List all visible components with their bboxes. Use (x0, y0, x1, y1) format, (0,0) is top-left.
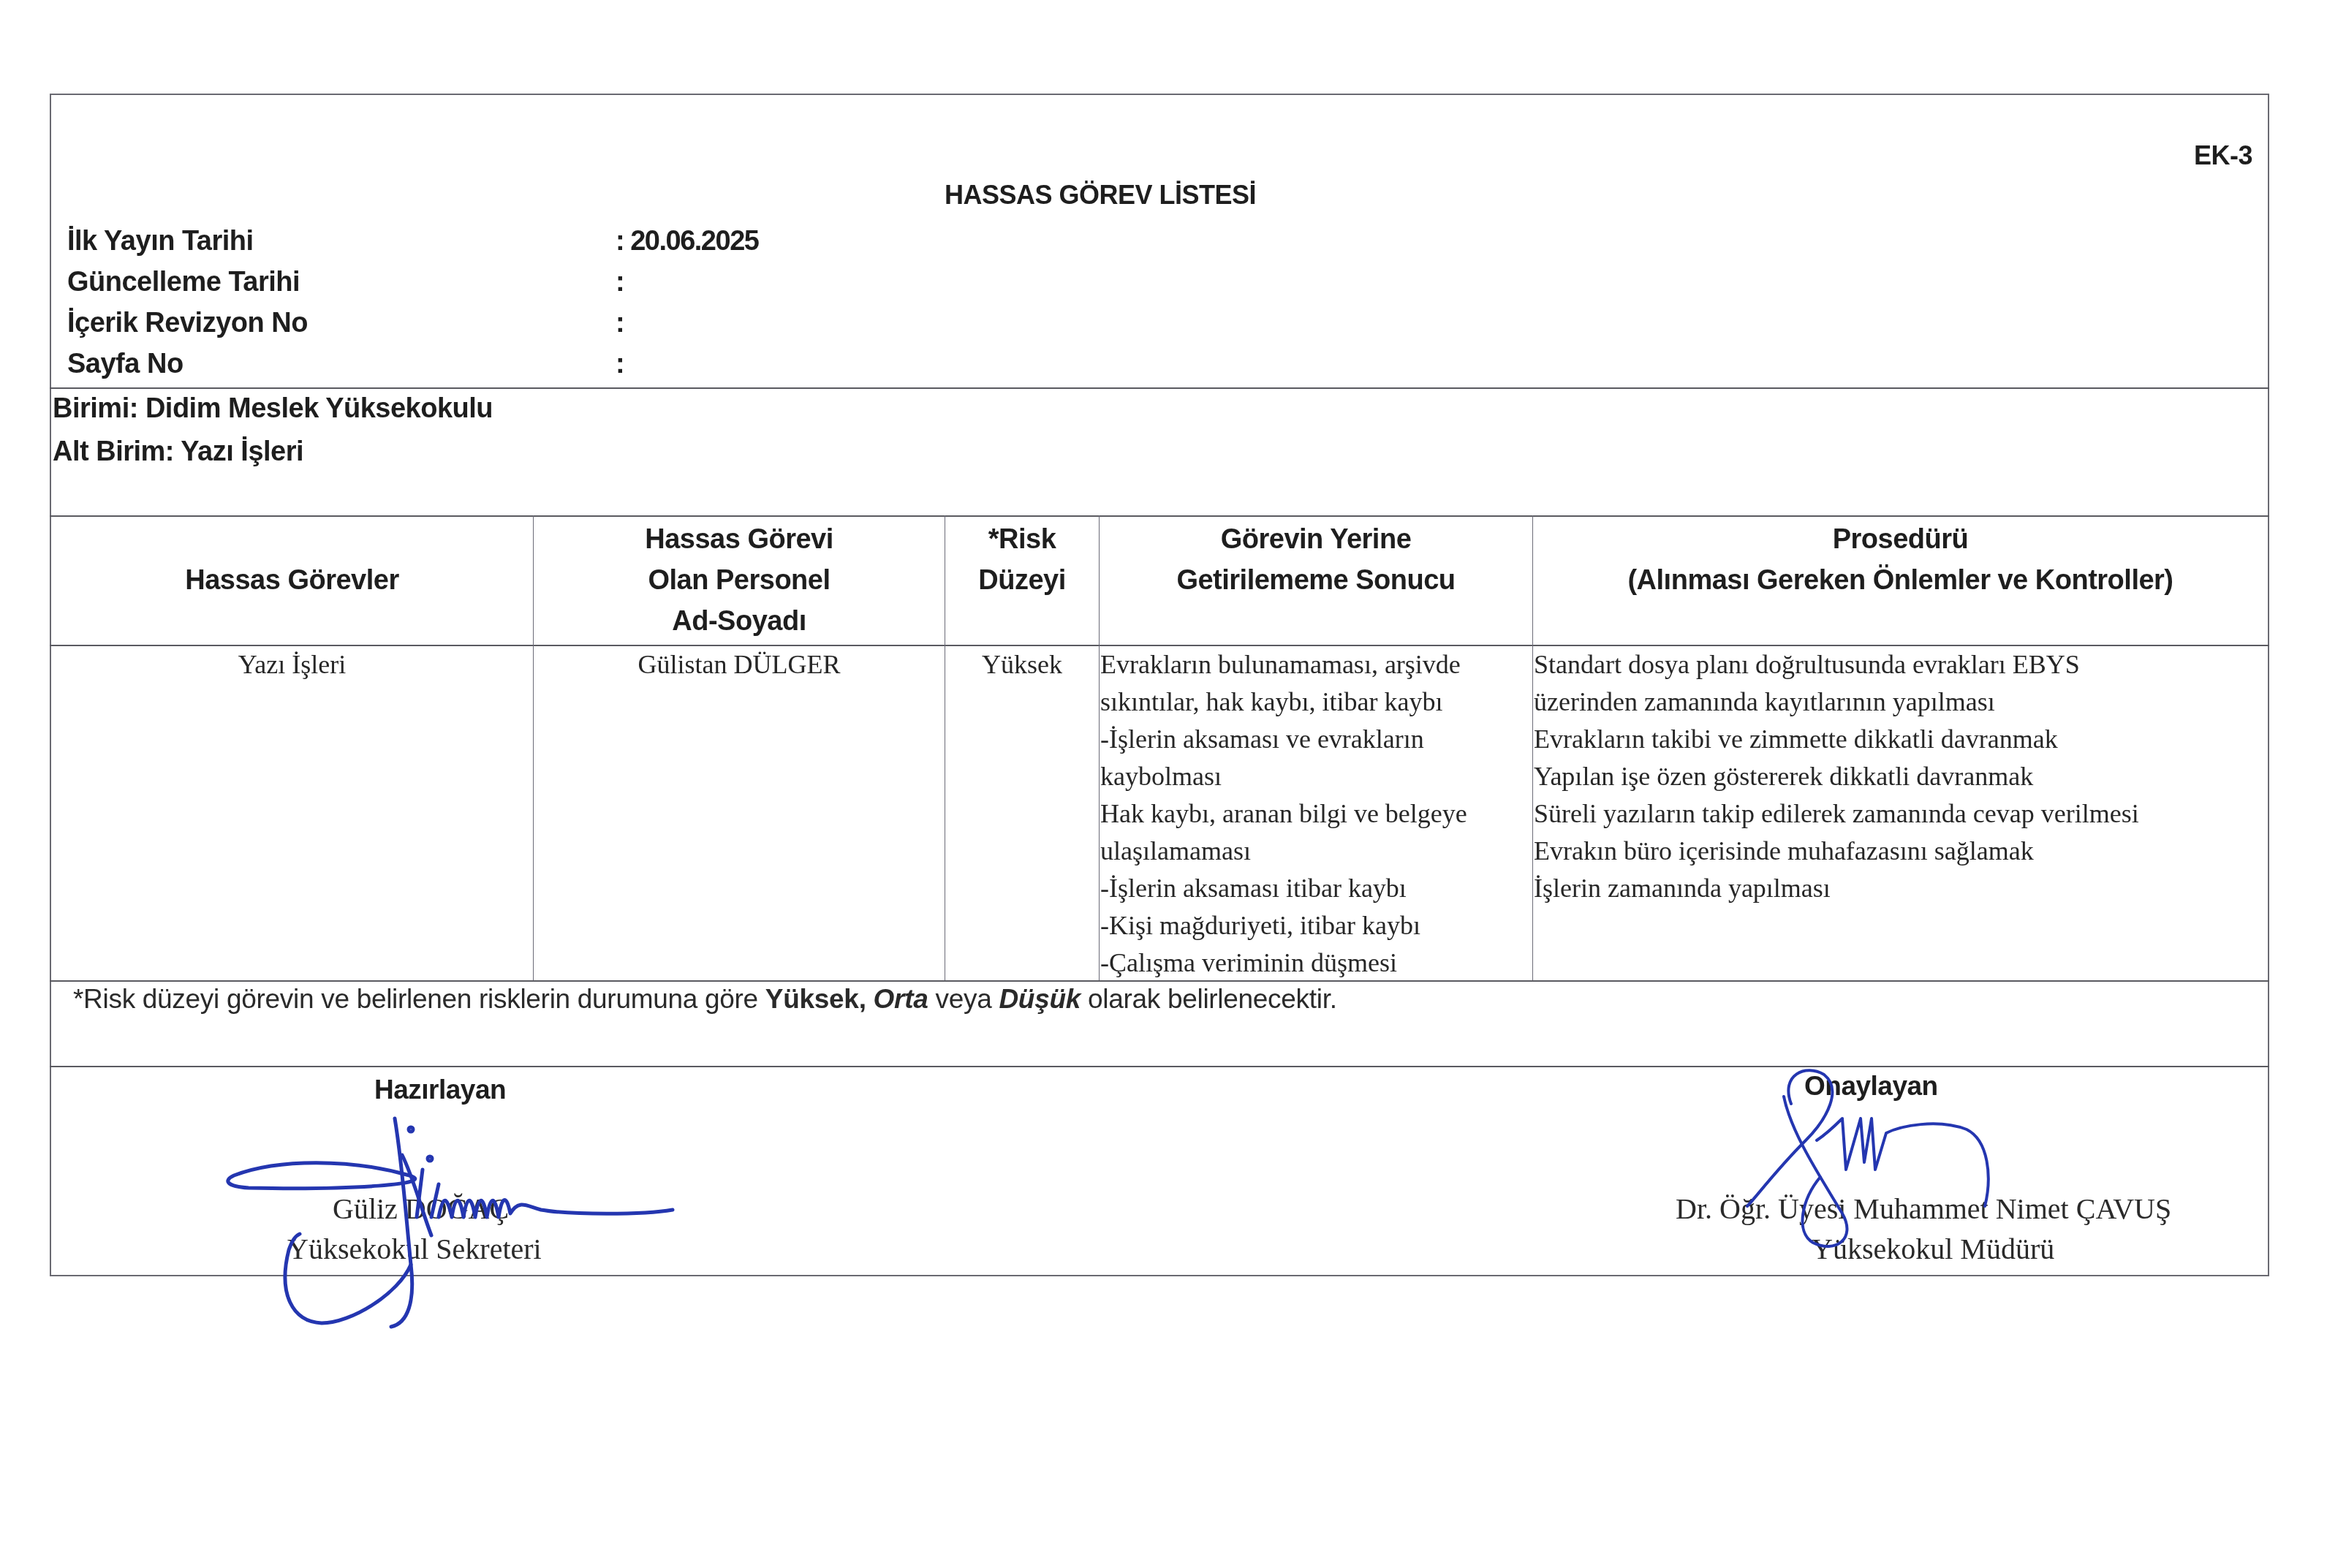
footnote-suffix: olarak belirlenecektir. (1081, 984, 1337, 1014)
column-header-consequence: Görevin YerineGetirilememe Sonucu (1100, 519, 1532, 601)
column-header-line: (Alınması Gereken Önlemler ve Kontroller… (1533, 560, 2268, 601)
cell-line: -Çalışma veriminin düşmesi (1100, 944, 1532, 982)
cell-line: ulaşılamaması (1100, 833, 1532, 870)
cell-line: sıkıntılar, hak kaybı, itibar kaybı (1100, 683, 1532, 721)
sub-unit-name: Alt Birim: Yazı İşleri (53, 436, 303, 468)
table-cell-procedure: Standart dosya planı doğrultusunda evrak… (1534, 646, 2265, 907)
document-title: HASSAS GÖREV LİSTESİ (945, 180, 1256, 211)
cell-line: -İşlerin aksaması ve evrakların (1100, 721, 1532, 758)
column-header-line: Düzeyi (945, 560, 1099, 601)
footnote-level-high: Yüksek (765, 984, 859, 1014)
cell-line: Evrakın büro içerisinde muhafazasını sağ… (1534, 833, 2265, 870)
column-header-line: Prosedürü (1533, 519, 2268, 560)
prepared-by-title: Yüksekokul Sekreteri (287, 1232, 542, 1266)
approved-by-name: Dr. Öğr. Üyesi Muhammet Nimet ÇAVUŞ (1676, 1192, 2171, 1226)
column-header-line: Getirilememe Sonucu (1100, 560, 1532, 601)
table-cell-personnel: Gülistan DÜLGER (534, 646, 945, 683)
cell-line: kaybolması (1100, 758, 1532, 795)
column-header-line: Görevin Yerine (1100, 519, 1532, 560)
column-header-line: *Risk (945, 519, 1099, 560)
divider-unit-table (50, 515, 2269, 517)
meta-label-update-date: Güncelleme Tarihi (67, 262, 300, 303)
meta-value-page-no: : (616, 344, 624, 385)
risk-level-footnote: *Risk düzeyi görevin ve belirlenen riskl… (73, 984, 1337, 1015)
cell-line: Hak kaybı, aranan bilgi ve belgeye (1100, 795, 1532, 833)
divider-header-unit (50, 387, 2269, 389)
column-header-sensitive-tasks: Hassas Görevler (51, 560, 533, 601)
footnote-level-medium: Orta (874, 984, 928, 1014)
meta-value-first-publish-date: : 20.06.2025 (616, 221, 758, 262)
cell-line: Evrakların takibi ve zimmette dikkatli d… (1534, 721, 2265, 758)
prepared-by-name: Güliz DOĞAÇ (333, 1192, 509, 1226)
column-header-personnel: Hassas GöreviOlan PersonelAd-Soyadı (534, 519, 945, 642)
divider-footnote-signatures (50, 1066, 2269, 1067)
meta-label-page-no: Sayfa No (67, 344, 183, 385)
column-header-risk-level: *RiskDüzeyi (945, 519, 1099, 601)
table-cell-risk-level: Yüksek (945, 646, 1099, 683)
cell-line: -İşlerin aksaması itibar kaybı (1100, 870, 1532, 907)
cell-line: -Kişi mağduriyeti, itibar kaybı (1100, 907, 1532, 944)
table-cell-consequence: Evrakların bulunamaması, arşivdesıkıntıl… (1100, 646, 1532, 982)
footnote-connector: veya (928, 984, 999, 1014)
table-cell-task: Yazı İşleri (51, 646, 533, 683)
cell-line: İşlerin zamanında yapılması (1534, 870, 2265, 907)
meta-label-revision-no: İçerik Revizyon No (67, 303, 308, 344)
meta-value-update-date: : (616, 262, 624, 303)
footnote-separator: , (859, 984, 874, 1014)
cell-line: Yapılan işe özen göstererek dikkatli dav… (1534, 758, 2265, 795)
approved-by-label: Onaylayan (1804, 1071, 1938, 1102)
prepared-by-label: Hazırlayan (374, 1075, 506, 1105)
column-header-procedure: Prosedürü(Alınması Gereken Önlemler ve K… (1533, 519, 2268, 601)
approved-by-title: Yüksekokul Müdürü (1812, 1232, 2054, 1266)
meta-value-revision-no: : (616, 303, 624, 344)
cell-line: Standart dosya planı doğrultusunda evrak… (1534, 646, 2265, 683)
column-header-line: Hassas Görevi (534, 519, 945, 560)
column-header-line: Hassas Görevler (51, 560, 533, 601)
annex-label: EK-3 (2194, 140, 2252, 171)
column-header-line: Olan Personel (534, 560, 945, 601)
column-header-line: Ad-Soyadı (534, 601, 945, 642)
cell-line: Süreli yazıların takip edilerek zamanınd… (1534, 795, 2265, 833)
meta-label-first-publish-date: İlk Yayın Tarihi (67, 221, 254, 262)
footnote-prefix: *Risk düzeyi görevin ve belirlenen riskl… (73, 984, 765, 1014)
unit-name: Birimi: Didim Meslek Yüksekokulu (53, 393, 493, 425)
cell-line: Evrakların bulunamaması, arşivde (1100, 646, 1532, 683)
cell-line: üzerinden zamanında kayıtlarının yapılma… (1534, 683, 2265, 721)
footnote-level-low: Düşük (999, 984, 1081, 1014)
